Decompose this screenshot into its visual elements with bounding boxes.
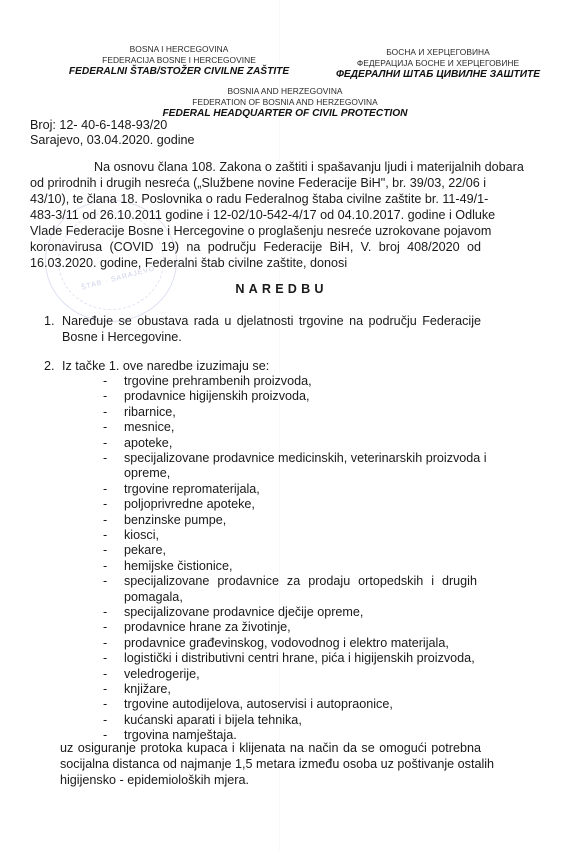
list-bullet: -	[103, 420, 107, 435]
list-item: apoteke,	[124, 436, 172, 451]
list-bullet: -	[103, 667, 107, 682]
list-bullet: -	[103, 651, 107, 666]
list-bullet: -	[103, 528, 107, 543]
list-item: logistički i distributivni centri hrane,…	[124, 651, 475, 666]
preamble-line: 43/10), te člana 18. Poslovnika o radu F…	[30, 192, 481, 207]
letterhead-cyrillic: БОСНА И ХЕРЦЕГОВИНА ФЕДЕРАЦИЈА БОСНЕ И Х…	[323, 47, 553, 81]
list-item: prodavnice higijenskih proizvoda,	[124, 389, 310, 404]
letterhead-institution-cyrillic: ФЕДЕРАЛНИ ШТАБ ЦИВИЛНЕ ЗАШТИТЕ	[323, 69, 553, 81]
list-bullet: -	[103, 405, 107, 420]
list-item: trgovine prehrambenih proizvoda,	[124, 374, 312, 389]
list-item: trgovine autodijelova, autoservisi i aut…	[124, 697, 393, 712]
list-item: pekare,	[124, 543, 166, 558]
list-item: trgovine repromaterijala,	[124, 482, 260, 497]
point-1-line: Naređuje se obustava rada u djelatnosti …	[62, 314, 481, 329]
list-item: opreme,	[124, 466, 170, 481]
list-bullet: -	[103, 559, 107, 574]
list-bullet: -	[103, 374, 107, 389]
preamble-line: 16.03.2020. godine, Federalni štab civil…	[30, 256, 347, 271]
list-item: kućanski aparati i bijela tehnika,	[124, 713, 302, 728]
list-bullet: -	[103, 682, 107, 697]
list-item: specijalizovane prodavnice za prodaju or…	[124, 574, 477, 589]
list-bullet: -	[103, 697, 107, 712]
letterhead-federation: FEDERACIJA BOSNE I HERCEGOVINE	[66, 55, 292, 66]
list-item: specijalizovane prodavnice medicinskih, …	[124, 451, 477, 466]
closing-line: uz osiguranje protoka kupaca i klijenata…	[60, 741, 481, 756]
list-item: hemijske čistionice,	[124, 559, 233, 574]
point-number: 1.	[44, 314, 55, 329]
list-item: poljoprivredne apoteke,	[124, 497, 255, 512]
point-1-line: Bosne i Hercegovine.	[62, 330, 182, 345]
point-number: 2.	[44, 359, 55, 374]
letterhead-federation-cyrillic: ФЕДЕРАЦИЈА БОСНЕ И ХЕРЦЕГОВИНЕ	[323, 58, 553, 69]
list-bullet: -	[103, 436, 107, 451]
list-bullet: -	[103, 620, 107, 635]
list-item: knjižare,	[124, 682, 171, 697]
list-bullet: -	[103, 636, 107, 651]
point-2-line: Iz tačke 1. ove naredbe izuzimaju se:	[62, 359, 269, 374]
list-bullet: -	[103, 543, 107, 558]
letterhead-country-english: BOSNIA AND HERZEGOVINA	[130, 86, 440, 97]
closing-line: socijalna distanca od najmanje 1,5 metar…	[60, 757, 481, 772]
preamble-line: Vlade Federacije Bosne i Hercegovine o p…	[30, 224, 481, 239]
preamble-line: 483-3/11 od 26.10.2011 godine i 12-02/10…	[30, 208, 481, 223]
list-item: mesnice,	[124, 420, 174, 435]
list-item: ribarnice,	[124, 405, 176, 420]
letterhead-english: BOSNIA AND HERZEGOVINA FEDERATION OF BOS…	[130, 86, 440, 120]
document-title: NAREDBU	[0, 282, 563, 296]
list-item: prodavnice hrane za životinje,	[124, 620, 291, 635]
list-item: pomagala,	[124, 590, 183, 605]
list-item: prodavnice građevinskog, vodovodnog i el…	[124, 636, 449, 651]
list-item: veledrogerije,	[124, 667, 200, 682]
list-bullet: -	[103, 497, 107, 512]
letterhead-country: BOSNA I HERCEGOVINA	[66, 44, 292, 55]
list-item: specijalizovane prodavnice dječije oprem…	[124, 605, 363, 620]
list-bullet: -	[103, 605, 107, 620]
document-place-date: Sarajevo, 03.04.2020. godine	[30, 133, 195, 148]
letterhead-latin: BOSNA I HERCEGOVINA FEDERACIJA BOSNE I H…	[66, 44, 292, 78]
list-item: benzinske pumpe,	[124, 513, 226, 528]
document-number: Broj: 12- 40-6-148-93/20	[30, 118, 167, 133]
list-bullet: -	[103, 574, 107, 589]
preamble-line: od prirodnih i drugih nesreća („Službene…	[30, 176, 481, 191]
letterhead-country-cyrillic: БОСНА И ХЕРЦЕГОВИНА	[323, 47, 553, 58]
list-bullet: -	[103, 713, 107, 728]
list-bullet: -	[103, 451, 107, 466]
closing-line: higijensko - epidemioloških mjera.	[60, 773, 249, 788]
letterhead-institution: FEDERALNI ŠTAB/STOŽER CIVILNE ZAŠTITE	[66, 66, 292, 78]
preamble-line: koronavirusa (COVID 19) na području Fede…	[30, 240, 481, 255]
list-bullet: -	[103, 389, 107, 404]
list-item: kiosci,	[124, 528, 159, 543]
list-bullet: -	[103, 513, 107, 528]
preamble-line: Na osnovu člana 108. Zakona o zaštiti i …	[94, 160, 481, 175]
letterhead-federation-english: FEDERATION OF BOSNIA AND HERZEGOVINA	[130, 97, 440, 108]
letterhead-institution-english: FEDERAL HEADQUARTER OF CIVIL PROTECTION	[130, 108, 440, 120]
list-bullet: -	[103, 482, 107, 497]
